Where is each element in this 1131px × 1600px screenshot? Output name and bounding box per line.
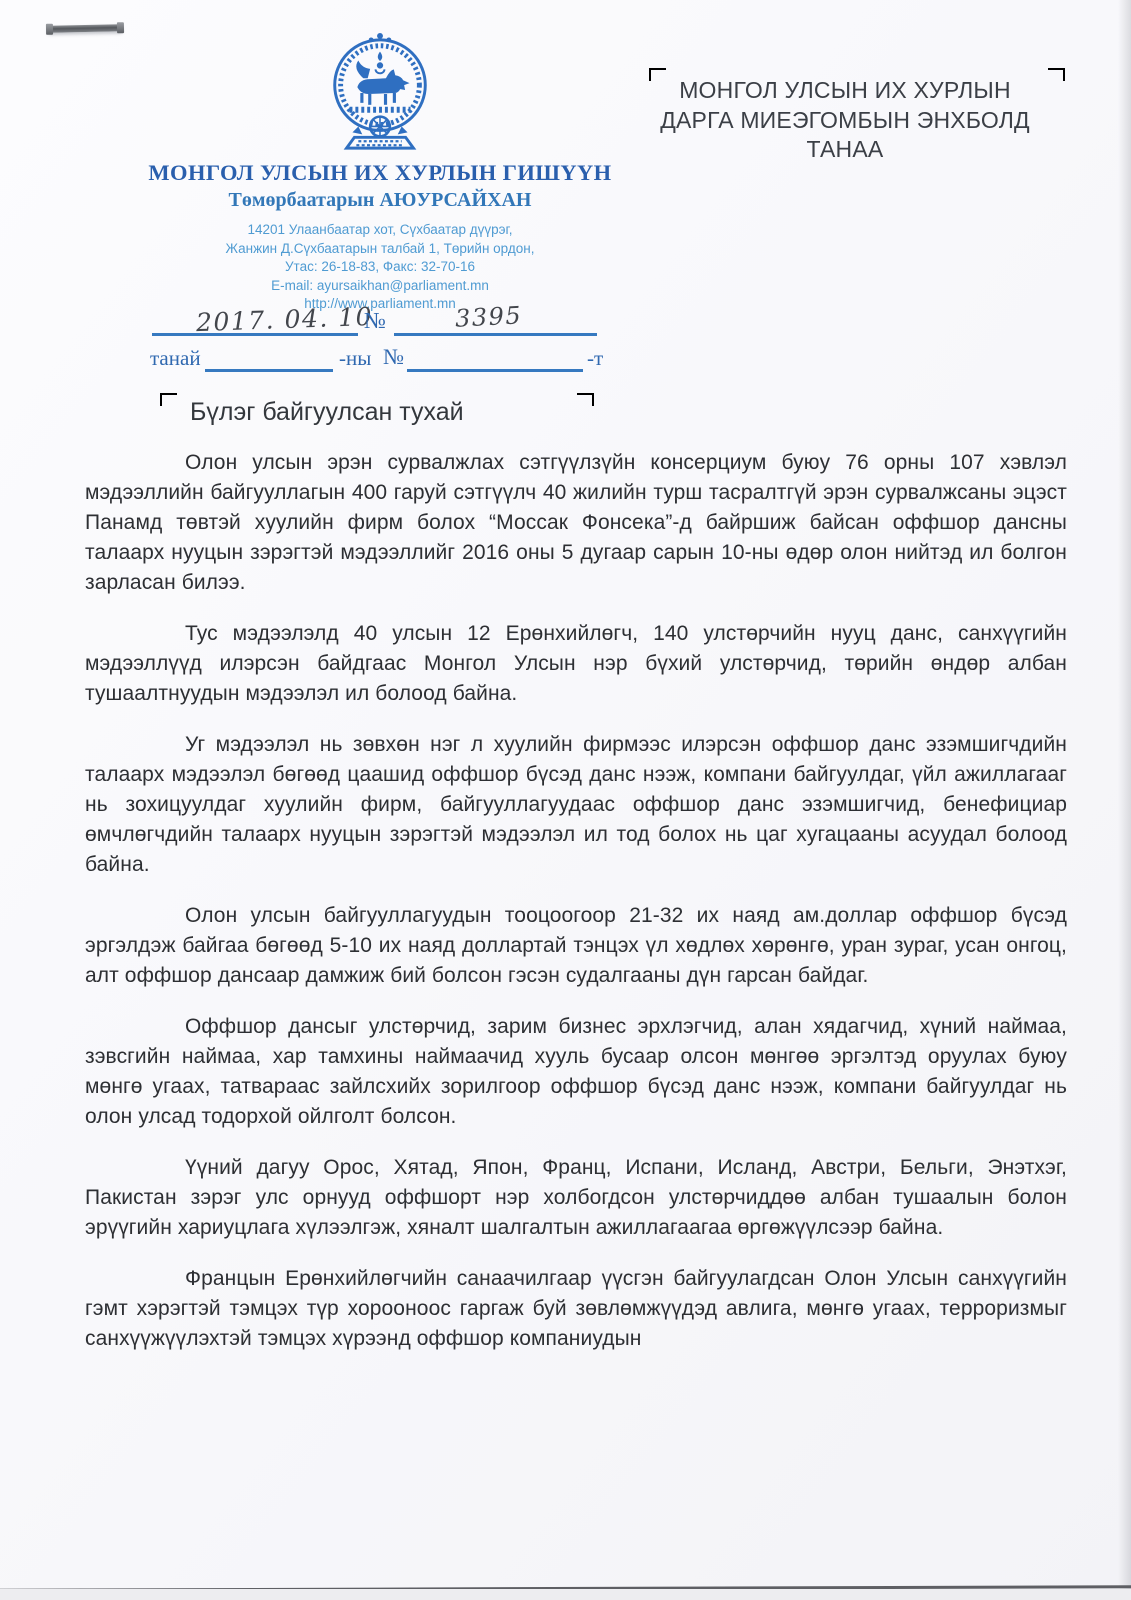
body-paragraph: Олон улсын эрэн сурвалжлах сэтгүүлзүйн к… — [85, 448, 1067, 598]
recipient-corner-bracket-right — [1048, 68, 1065, 81]
letterhead: МОНГОЛ УЛСЫН ИХ ХУРЛЫН ГИШҮҮН Төмөрбаата… — [130, 30, 630, 314]
your-ref-suffix-1: -ны — [339, 346, 371, 371]
body-paragraph: Олон улсын байгууллагуудын тооцоогоор 21… — [85, 901, 1067, 991]
body-paragraph: Тус мэдээлэлд 40 улсын 12 Ерөнхийлөгч, 1… — [85, 619, 1067, 709]
letterhead-address: 14201 Улаанбаатар хот, Сүхбаатар дүүрэг,… — [130, 221, 630, 314]
your-reference-row: танай -ны № -т — [150, 344, 610, 376]
staple-icon — [48, 24, 122, 33]
address-line-1: 14201 Улаанбаатар хот, Сүхбаатар дүүрэг, — [130, 221, 630, 240]
phone-fax-line: Утас: 26-18-83, Факс: 32-70-16 — [130, 258, 630, 277]
subject-corner-bracket-right — [577, 393, 594, 406]
handwritten-date: 2017. 04. 10 — [196, 302, 374, 337]
handwritten-number: 3395 — [454, 301, 522, 332]
member-name: Төмөрбаатарын АЮУРСАЙХАН — [130, 189, 630, 212]
subject-corner-bracket-left — [160, 393, 177, 406]
body-paragraph: Оффшор дансыг улстөрчид, зарим бизнес эр… — [85, 1012, 1067, 1132]
recipient-line-1: МОНГОЛ УЛСЫН ИХ ХУРЛЫН — [660, 76, 1030, 106]
your-ref-underline-1 — [205, 369, 333, 372]
scan-page-right-edge — [1118, 0, 1131, 1600]
mongolia-state-emblem-icon — [305, 30, 455, 156]
subject-title: Бүлэг байгуулсан тухай — [190, 398, 464, 427]
your-ref-number-symbol: № — [383, 344, 404, 370]
number-underline — [394, 333, 597, 336]
date-underline — [152, 333, 358, 336]
scan-background-below-page — [0, 1589, 1131, 1600]
email-line: E-mail: ayursaikhan@parliament.mn — [130, 277, 630, 296]
your-ref-label: танай — [150, 346, 201, 371]
org-title: МОНГОЛ УЛСЫН ИХ ХУРЛЫН ГИШҮҮН — [130, 160, 630, 186]
recipient-line-2: ДАРГА МИЕЭГОМБЫН ЭНХБОЛД — [660, 106, 1030, 136]
address-line-2: Жанжин Д.Сүхбаатарын талбай 1, Төрийн ор… — [130, 240, 630, 259]
recipient-line-3: ТАНАА — [660, 135, 1030, 165]
recipient-block: МОНГОЛ УЛСЫН ИХ ХУРЛЫН ДАРГА МИЕЭГОМБЫН … — [660, 76, 1030, 165]
body-paragraph: Уг мэдээлэл нь зөвхөн нэг л хуулийн фирм… — [85, 730, 1067, 880]
number-symbol: № — [364, 308, 386, 334]
your-ref-underline-2 — [407, 369, 583, 372]
scanned-letter-page: МОНГОЛ УЛСЫН ИХ ХУРЛЫН ГИШҮҮН Төмөрбаата… — [0, 0, 1131, 1600]
body-paragraph: Үүний дагуу Орос, Хятад, Япон, Франц, Ис… — [85, 1153, 1067, 1243]
body-paragraph: Францын Ерөнхийлөгчийн санаачилгаар үүсг… — [85, 1264, 1067, 1354]
letter-body: Олон улсын эрэн сурвалжлах сэтгүүлзүйн к… — [85, 448, 1067, 1354]
your-ref-suffix-2: -т — [587, 346, 603, 371]
